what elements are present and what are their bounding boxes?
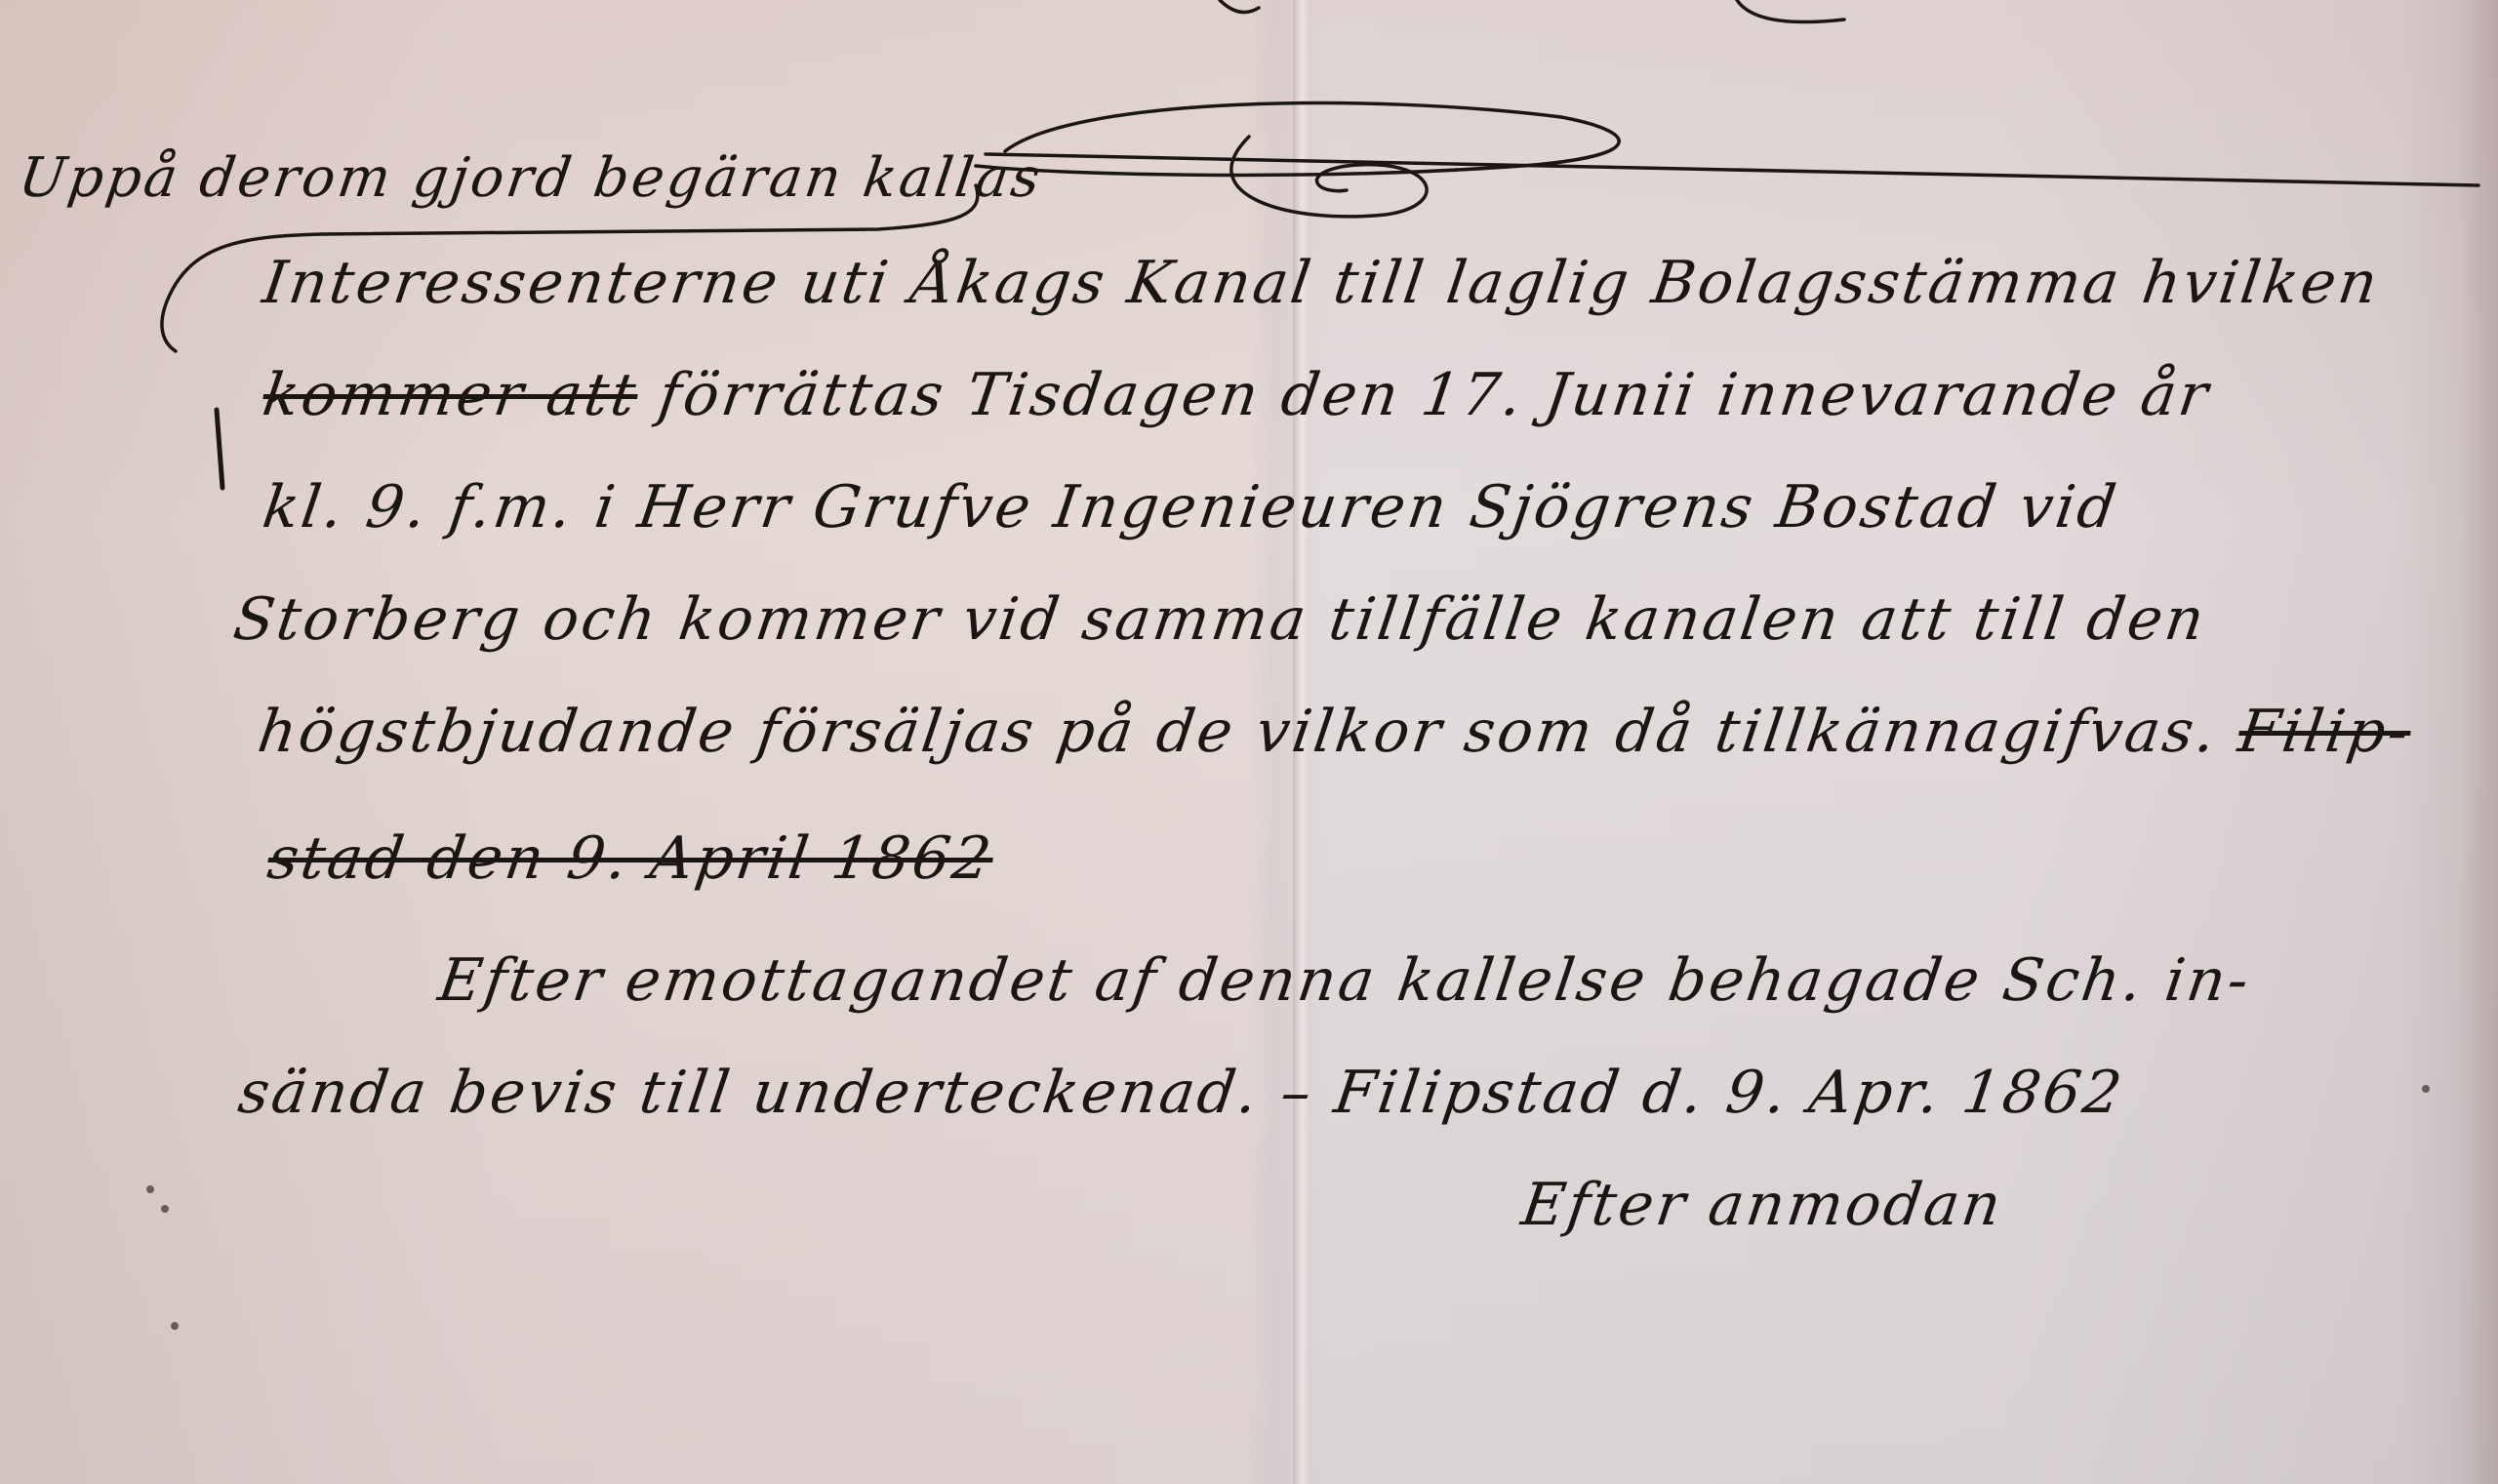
text-line-3: kl. 9. f.m. i Herr Grufve Ingenieuren Sj… [259,473,2122,541]
pinhole [146,1185,154,1193]
text-line-5: högstbjudande försäljas på de vilkor som… [254,698,2415,766]
margin-mark [217,410,222,488]
top-cut-strokes [1220,0,1844,22]
flourish-line [986,154,2478,185]
ink-dot [2422,1085,2430,1093]
text-line-4: Storberg och kommer vid samma tillfälle … [229,585,2211,654]
struck-text: Filip- [2235,698,2416,766]
pinhole [171,1322,179,1330]
closing-text: Efter anmodan [1517,1171,2007,1239]
pinhole [161,1205,169,1213]
text-line-2-body: förrättas Tisdagen den 17. Junii innevar… [655,361,2215,429]
text-line-1: Interessenterne uti Åkags Kanal till lag… [259,249,2384,317]
text-line-2: kommer att förrättas Tisdagen den 17. Ju… [259,361,2215,429]
text-line-6-struck: stad den 9. April 1862 [263,824,998,893]
text-line-8: sända bevis till underteckenad. – Filips… [234,1059,2128,1127]
text-line-5-body: högstbjudande försäljas på de vilkor som… [254,698,2222,766]
heading-text: Uppå derom gjord begäran kallas [15,146,1046,210]
struck-text: kommer att [259,361,642,429]
text-line-7: Efter emottagandet af denna kallelse beh… [434,946,2255,1015]
